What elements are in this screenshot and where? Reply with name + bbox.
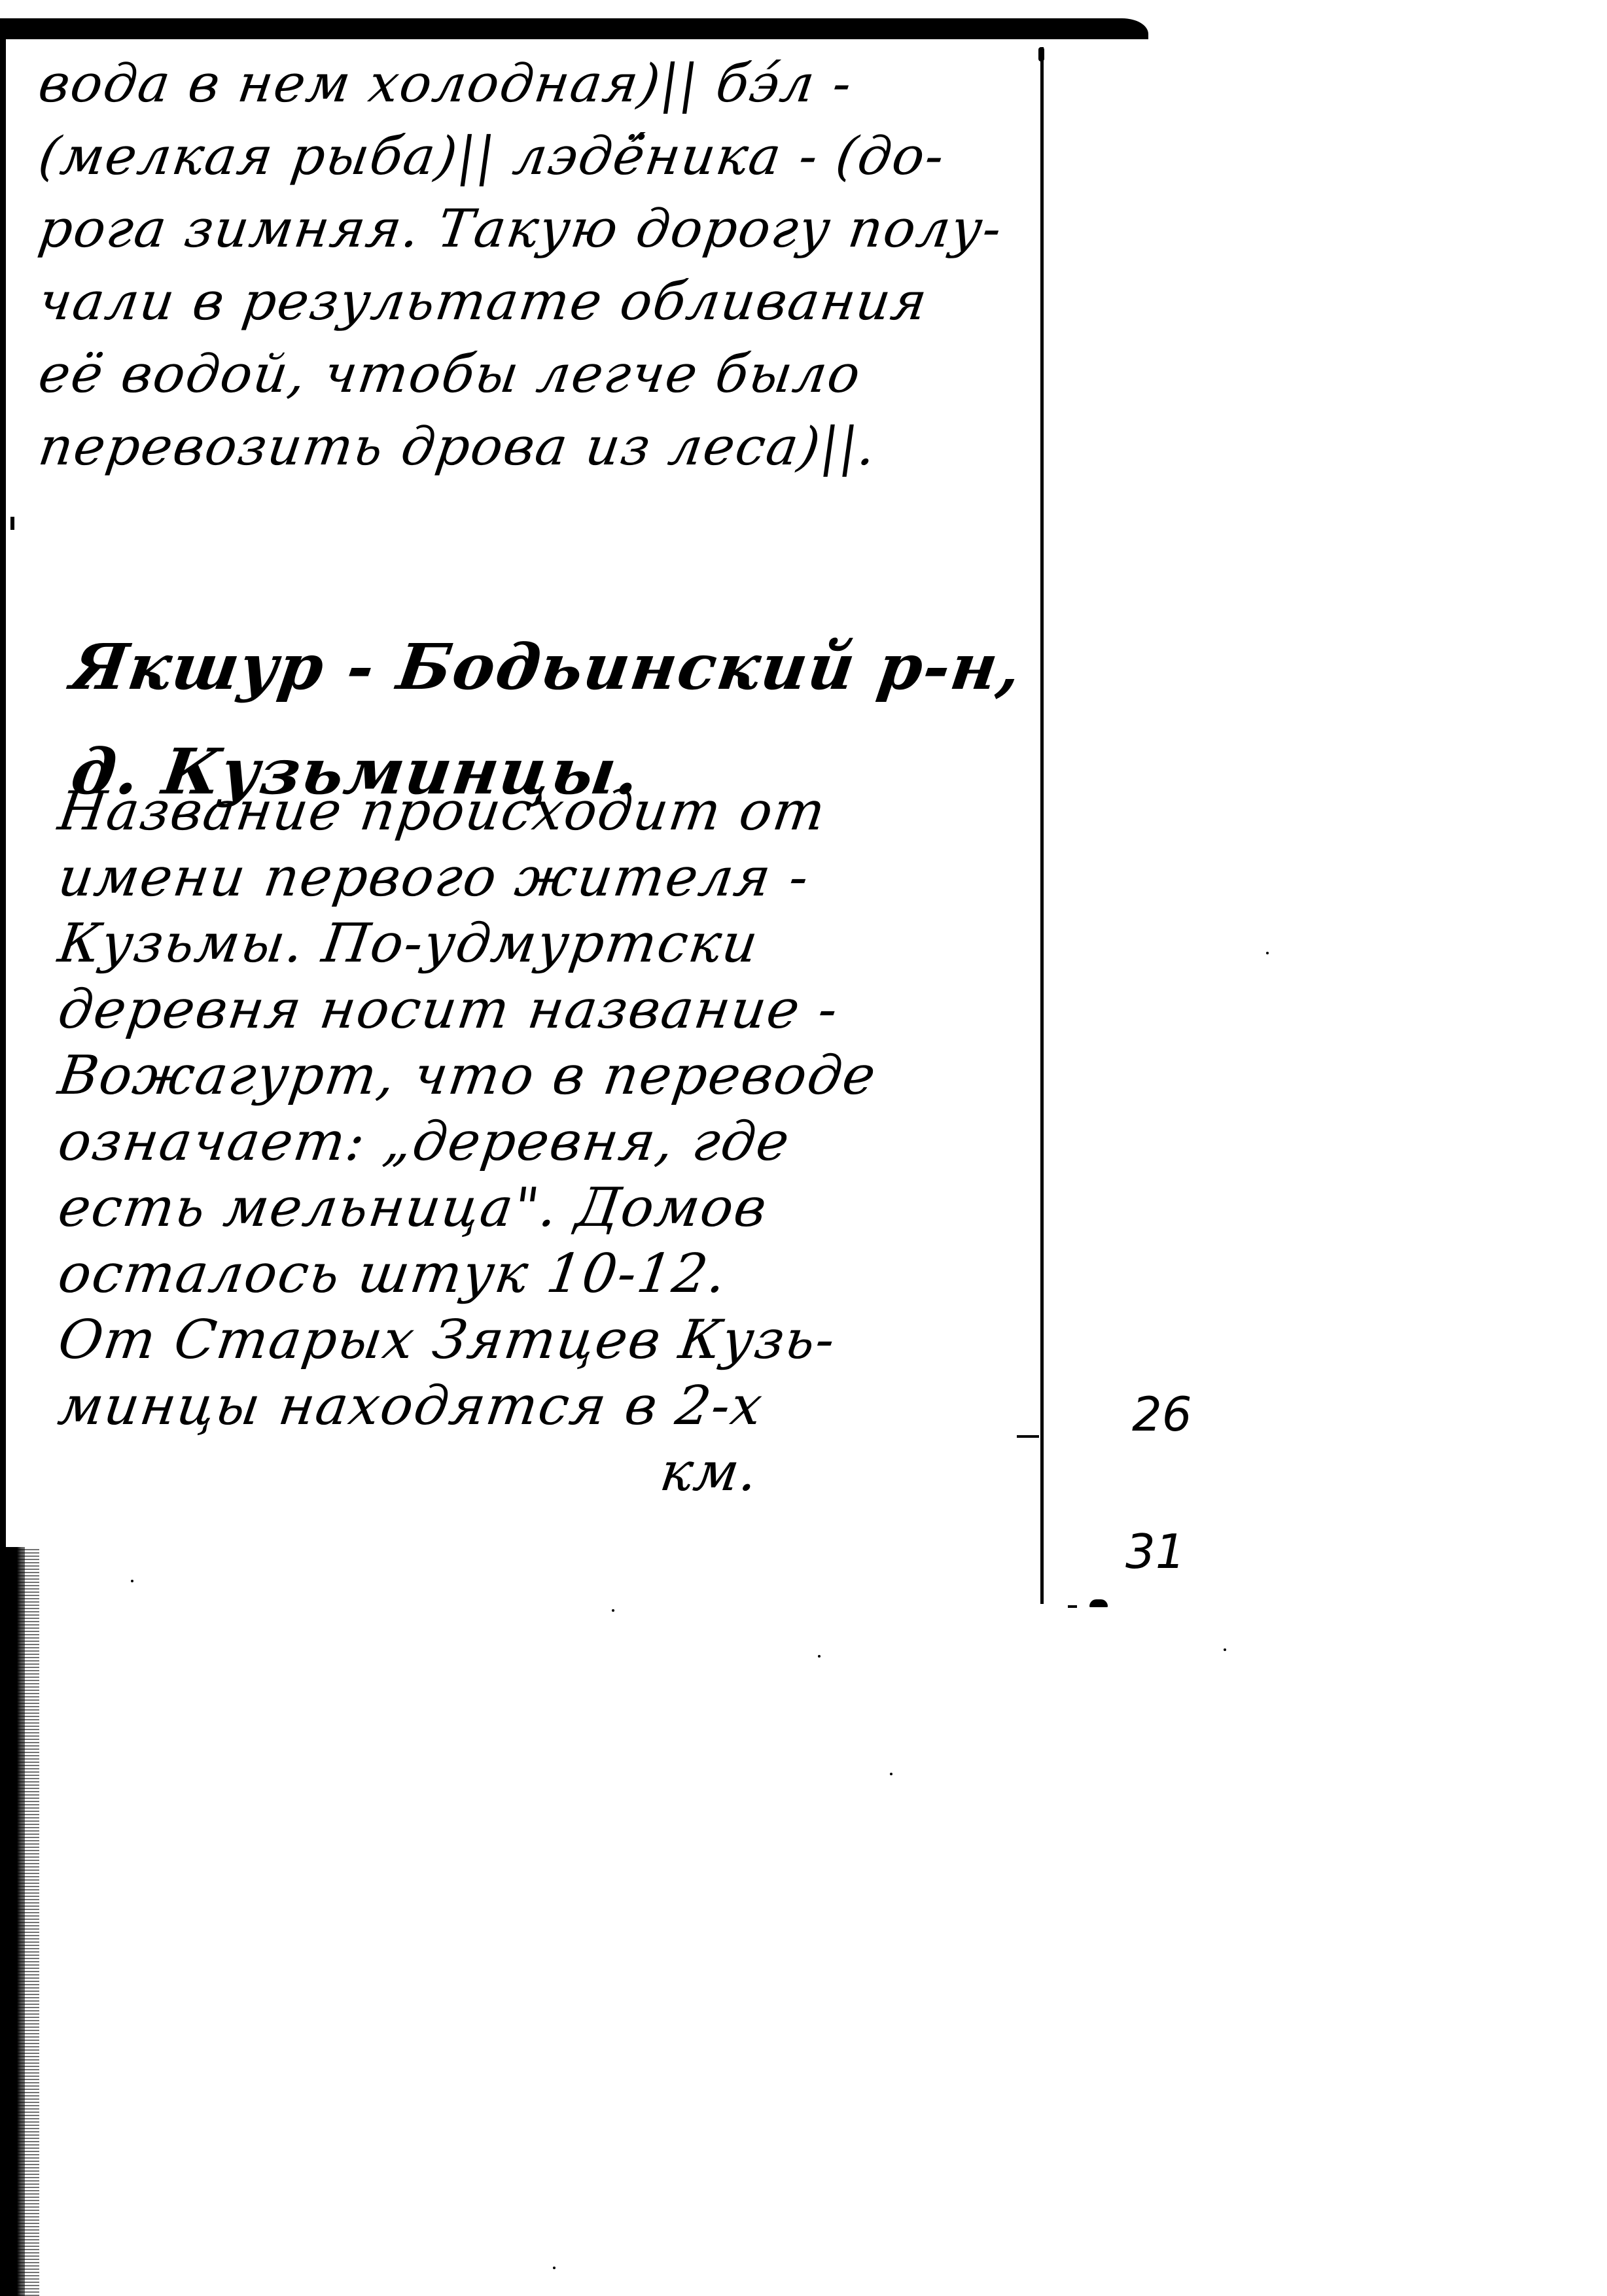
handwritten-line: имени первого жителя - <box>54 844 1058 911</box>
scan-left-edge-shadow-lower <box>0 1547 25 2296</box>
handwritten-line: Вожагурт, что в переводе <box>54 1043 1058 1109</box>
handwritten-line: Название происходит от <box>54 778 1058 844</box>
margin-tick <box>10 517 14 530</box>
scan-speck <box>1224 1648 1226 1651</box>
scan-speck <box>612 1609 614 1612</box>
scan-speck <box>818 1655 821 1658</box>
handwritten-line: деревня носит название - <box>54 977 1058 1043</box>
handwritten-line: перевозить дрова из леса)||. <box>34 410 1039 483</box>
ink-blot <box>1089 1599 1108 1607</box>
margin-number: 31 <box>1125 1524 1186 1579</box>
handwritten-line: осталось штук 10-12. <box>54 1241 1058 1307</box>
scan-speck <box>553 2267 556 2269</box>
handwritten-line: чали в результате обливания <box>34 265 1039 338</box>
handwritten-line: минцы находятся в 2-х <box>54 1373 1058 1439</box>
heading-line-district: Якшур - Бодьинский р-н, <box>65 615 1074 720</box>
handwritten-line: её водой, чтобы легче было <box>34 338 1039 410</box>
handwritten-line: вода в нем холодная)|| бэ́л - <box>34 47 1039 120</box>
text-section-continuation: вода в нем холодная)|| бэ́л - (мелкая ры… <box>39 47 1034 483</box>
scan-left-edge-shadow <box>0 39 6 1547</box>
handwritten-line: означает: „деревня, где <box>54 1109 1058 1175</box>
text-section-village-description: Название происходит от имени первого жит… <box>59 778 1053 1505</box>
handwritten-line: Кузьмы. По-удмуртски <box>54 911 1058 977</box>
handwritten-line: рога зимняя. Такую дорогу полу- <box>34 192 1039 265</box>
scan-speck <box>1266 952 1269 954</box>
margin-ink-mark <box>1038 47 1044 61</box>
handwritten-line: есть мельница". Домов <box>54 1175 1058 1241</box>
handwritten-line: От Старых Зятцев Кузь- <box>54 1307 1058 1373</box>
scan-speck <box>131 1580 133 1582</box>
margin-tick <box>1068 1605 1077 1608</box>
handwritten-line: км. <box>54 1439 1058 1505</box>
scan-speck <box>890 1773 892 1775</box>
margin-number: 26 <box>1132 1387 1192 1442</box>
scan-top-edge-bar <box>0 18 1148 39</box>
handwritten-line: (мелкая рыба)|| лэдё́ника - (до- <box>34 120 1039 192</box>
